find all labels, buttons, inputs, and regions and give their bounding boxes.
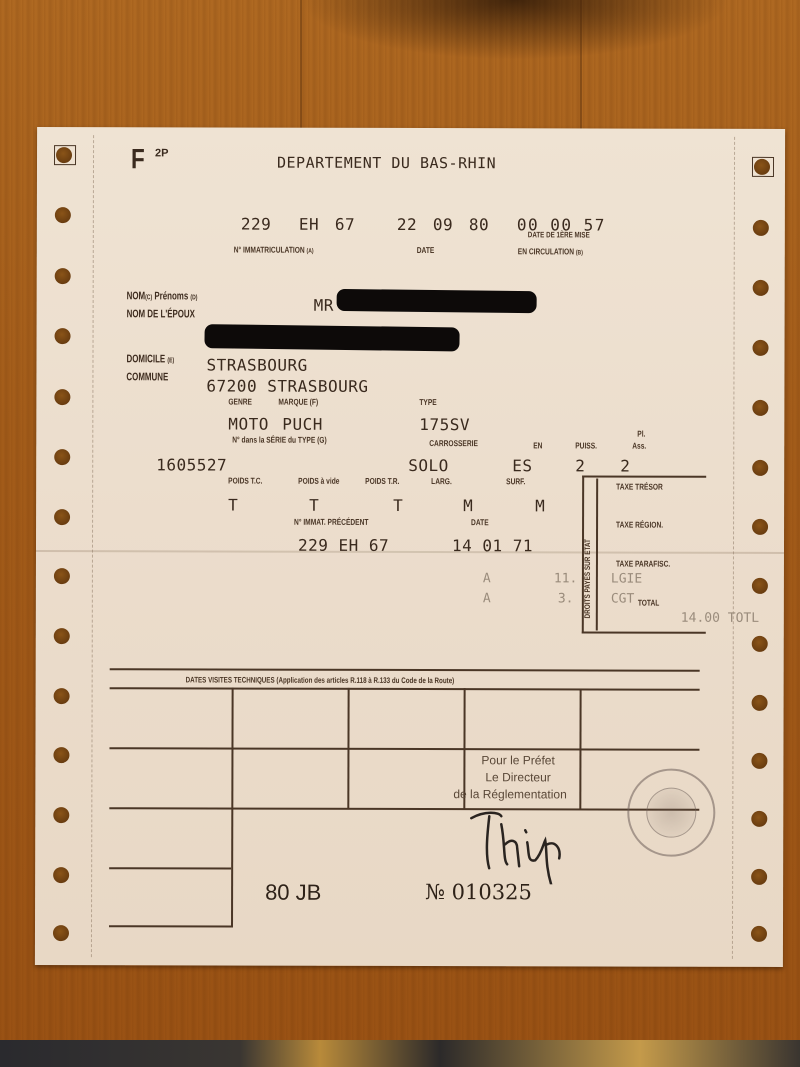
sprocket-hole xyxy=(55,268,71,284)
sprocket-hole xyxy=(54,389,70,405)
sprocket-hole xyxy=(751,753,767,769)
surface-unit: M xyxy=(535,496,545,515)
marque-label: MARQUE (F) xyxy=(278,397,318,407)
table-row-rule xyxy=(109,867,231,869)
registration-label: N° IMMATRICULATION (A) xyxy=(234,245,314,255)
duties-paid-vertical-label: DROITS PAYÉS SUR ÉTAT xyxy=(583,539,592,618)
inspections-header: DATES VISITES TECHNIQUES (Application de… xyxy=(186,675,455,685)
printed-total: 14.00 TOTL xyxy=(681,611,759,626)
shadow xyxy=(300,0,730,60)
tax-line-1-code: A xyxy=(483,571,491,586)
commune-value: 67200 STRASBOURG xyxy=(206,376,368,395)
energie-value: ES xyxy=(512,456,532,475)
carrosserie-label: CARROSSERIE xyxy=(429,438,478,448)
domicile-value: STRASBOURG xyxy=(206,355,307,374)
form-code-letter: F xyxy=(131,143,145,175)
right-perforation-line xyxy=(732,137,735,959)
registration-department: 67 xyxy=(335,215,355,234)
sprocket-hole xyxy=(753,280,769,296)
tax-line-1-tag: LGIE xyxy=(611,572,642,587)
tax-line-2-code: A xyxy=(483,591,491,606)
registration-certificate-form: F 2P DEPARTEMENT DU BAS-RHIN 229 EH 67 N… xyxy=(35,127,785,967)
places-value: 2 xyxy=(620,457,630,476)
ptr-label: POIDS T.R. xyxy=(365,476,399,486)
date-label: DATE xyxy=(417,245,435,255)
tax-box-bottom xyxy=(582,631,706,633)
serial-number: 010325 xyxy=(452,880,532,904)
sprocket-hole xyxy=(752,636,768,652)
ptc-label: POIDS T.C. xyxy=(228,476,262,486)
ptr-unit: T xyxy=(393,496,403,515)
sprocket-hole xyxy=(53,867,69,883)
tax-box: DROITS PAYÉS SUR ÉTAT TAXE TRÉSOR TAXE R… xyxy=(37,127,785,129)
form-code-suffix: 2P xyxy=(155,147,169,159)
first-circulation-label-2: EN CIRCULATION (B) xyxy=(518,246,583,256)
sprocket-hole xyxy=(56,147,72,163)
taxe-region-label: TAXE RÉGION. xyxy=(616,520,663,530)
tax-line-2-amount: 3. xyxy=(558,591,574,606)
left-sprocket-holes xyxy=(37,127,785,129)
prefecture-stamp: Préfecture d. B. Rhin — Serv. Automobile xyxy=(627,769,715,857)
sprocket-hole xyxy=(54,509,70,525)
previous-registration-label: N° IMMAT. PRÉCÉDENT xyxy=(294,517,368,527)
type-label: TYPE xyxy=(419,397,436,407)
handwritten-signature xyxy=(465,804,575,884)
domicile-label: DOMICILE (E) xyxy=(126,353,174,365)
sprocket-hole xyxy=(751,869,767,885)
date-month: 09 xyxy=(433,215,453,234)
table-bottom-rule xyxy=(109,925,233,927)
registration-number-digits: 229 xyxy=(241,215,271,234)
places-label-2: Ass. xyxy=(632,441,646,451)
stamp-emblem xyxy=(646,788,696,838)
puissance-label: PUISS. xyxy=(575,440,597,450)
sprocket-hole xyxy=(752,695,768,711)
tax-box-top xyxy=(582,475,706,477)
date-day: 22 xyxy=(397,215,417,234)
taxe-tresor-label: TAXE TRÉSOR xyxy=(616,482,663,492)
registration-date: 22 09 80 xyxy=(37,127,785,129)
table-col-rule xyxy=(347,688,349,809)
ptc-unit: T xyxy=(228,496,238,515)
total-label: TOTAL xyxy=(638,598,660,608)
places-label-1: Pl. xyxy=(637,429,645,439)
sprocket-hole xyxy=(753,220,769,236)
tax-box-inner xyxy=(596,478,598,630)
sprocket-hole xyxy=(752,578,768,594)
sprocket-hole xyxy=(54,449,70,465)
sprocket-hole xyxy=(751,926,767,942)
energie-label: EN xyxy=(533,440,542,450)
serial-number: 1605527 xyxy=(156,455,227,474)
puissance-value: 2 xyxy=(575,456,585,475)
sprocket-hole xyxy=(53,747,69,763)
right-sprocket-holes xyxy=(37,127,785,129)
table-row-rule xyxy=(109,807,699,811)
table-col-rule xyxy=(579,688,581,809)
taxe-parafisc-label: TAXE PARAFISC. xyxy=(616,559,670,569)
tax-line-1-amount: 11. xyxy=(554,571,578,586)
sprocket-hole xyxy=(753,340,769,356)
genre-label: GENRE xyxy=(228,397,252,407)
signature-line-3: de la Réglementation xyxy=(453,787,566,801)
serial-prefix: № xyxy=(425,880,445,904)
table-col-rule xyxy=(231,688,234,928)
sprocket-hole xyxy=(754,159,770,175)
registration-series: EH xyxy=(299,215,319,234)
plank-seam xyxy=(580,0,582,130)
plank-seam xyxy=(300,0,302,130)
date-year: 80 xyxy=(469,215,489,234)
previous-date-label: DATE xyxy=(471,517,489,527)
first-circulation-label-1: DATE DE 1ÈRE MISE xyxy=(528,230,590,239)
sprocket-hole xyxy=(751,811,767,827)
name-label: NOM(C) Prénoms (D) xyxy=(127,290,198,302)
registration-number: 229 EH 67 xyxy=(37,127,785,129)
serial-label: N° dans la SÉRIE du TYPE (G) xyxy=(232,435,326,445)
redacted-name xyxy=(337,289,537,313)
table-header-rule xyxy=(110,687,700,691)
sprocket-hole xyxy=(54,688,70,704)
stamp-text: Préfecture d. B. Rhin — Serv. Automobile xyxy=(631,861,655,862)
largeur-unit: M xyxy=(463,496,473,515)
redacted-address-line xyxy=(204,324,459,351)
poids-vide-unit: T xyxy=(309,496,319,515)
spouse-name-label: NOM DE L'ÉPOUX xyxy=(127,308,195,320)
vehicle-marque: PUCH xyxy=(282,415,323,434)
largeur-label: LARG. xyxy=(431,476,452,486)
fold-crease xyxy=(36,550,784,554)
sprocket-hole xyxy=(752,400,768,416)
left-perforation-line xyxy=(91,135,94,957)
signature-line-2: Le Directeur xyxy=(485,770,550,784)
sprocket-hole xyxy=(752,460,768,476)
surface-label: SURF. xyxy=(506,476,525,486)
previous-registration-date: 14 01 71 xyxy=(452,536,533,555)
sprocket-hole xyxy=(53,807,69,823)
sprocket-hole xyxy=(53,925,69,941)
floor-bottom-edge xyxy=(0,1040,800,1067)
form-serial: № 010325 xyxy=(425,880,532,904)
table-row-rule xyxy=(109,747,699,751)
previous-registration-number: 229 EH 67 xyxy=(298,536,389,555)
sprocket-hole xyxy=(54,568,70,584)
sprocket-hole xyxy=(752,519,768,535)
technical-inspections-table: DATES VISITES TECHNIQUES (Application de… xyxy=(37,127,785,129)
sprocket-hole xyxy=(55,328,71,344)
department-title: DEPARTEMENT DU BAS-RHIN xyxy=(277,154,496,173)
holder-title: MR xyxy=(314,296,334,315)
commune-label: COMMUNE xyxy=(126,371,168,383)
vehicle-genre: MOTO xyxy=(228,415,269,434)
sprocket-hole xyxy=(55,207,71,223)
table-top-rule xyxy=(110,668,700,672)
batch-code: 80 JB xyxy=(265,880,321,906)
tax-line-2-tag: CGT xyxy=(611,592,635,607)
sprocket-hole xyxy=(54,628,70,644)
vehicle-type: 175SV xyxy=(419,415,470,434)
poids-vide-label: POIDS à vide xyxy=(298,476,339,486)
signature-line-1: Pour le Préfet xyxy=(481,753,554,767)
carrosserie-value: SOLO xyxy=(408,456,449,475)
